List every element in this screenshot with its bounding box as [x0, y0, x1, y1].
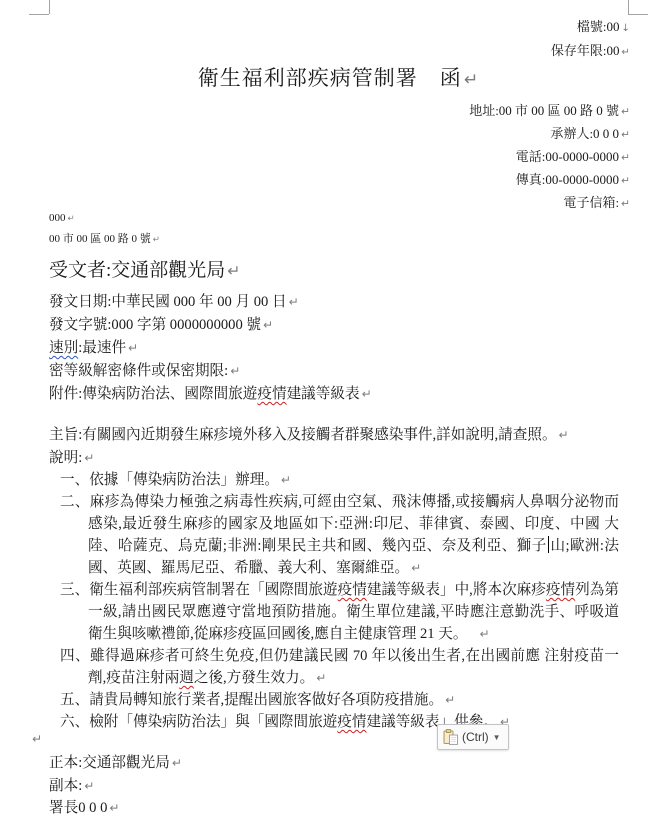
letter-title: 衛生福利部疾病管制署 函↵: [49, 62, 628, 92]
list-item-6: 六、檢附「傳染病防治法」與「國際間旅遊疫情建議等級表」供參。↵: [49, 711, 619, 733]
list-item-5: 五、請貴局轉知旅行業者,提醒出國旅客做好各項防疫措施。↵: [49, 689, 619, 711]
copy-original-line: 正本:交通部觀光局↵: [49, 752, 182, 775]
contact-email: 電子信箱:↵: [469, 192, 630, 215]
paragraph-mark: ↵: [263, 318, 273, 332]
contact-person: 承辦人:0 0 0↵: [469, 123, 630, 146]
security-level-line: 密等級解密條件或保密期限:↵: [49, 360, 372, 383]
contact-fax: 傳真:00-0000-0000↵: [469, 169, 630, 192]
issue-date-line: 發文日期:中華民國 000 年 00 月 00 日↵: [49, 291, 372, 314]
paragraph-mark: ↵: [621, 105, 630, 118]
retention-line: 保存年限:00↵: [551, 40, 630, 64]
spellcheck-blue-squiggle: 速別: [49, 340, 78, 356]
document-canvas[interactable]: 檔號:00↓ 保存年限:00↵ 衛生福利部疾病管制署 函↵ 地址:00 市 00…: [0, 0, 648, 817]
crop-mark-top-right-horizontal: [628, 14, 648, 15]
subject-line: 主旨:有關國內近期發生麻疹境外移入及接觸者群聚感染事件,詳如說明,請查照。↵: [49, 424, 621, 447]
paragraph-mark: ↵: [227, 262, 240, 280]
contact-phone: 電話:00-0000-0000↵: [469, 146, 630, 169]
crop-mark-top-left-horizontal: [29, 14, 49, 15]
crop-mark-top-left-vertical: [49, 0, 50, 14]
sender-address-block: 000↵ 00 市 00 區 00 路 0 號↵: [49, 208, 160, 250]
clipboard-paste-icon: [443, 729, 458, 745]
paragraph-mark: ↵: [621, 151, 630, 164]
list-item-4: 四、雖得過麻疹者可終生免疫,但仍建議民國 70 年以後出生者,在出國前應 注射疫…: [49, 645, 619, 689]
signature-line: 署長0 0 0↵: [49, 797, 182, 817]
chevron-down-icon[interactable]: ▼: [493, 732, 501, 742]
paragraph-mark: ↵: [316, 671, 326, 685]
explanation-items: 一、依據「傳染病防治法」辦理。↵ 二、麻疹為傳染力極強之病毒性疾病,可經由空氣、…: [49, 469, 619, 733]
paragraph-mark: ↵: [621, 128, 630, 141]
paragraph-mark: ↵: [230, 364, 240, 378]
paragraph-mark: ↵: [68, 214, 75, 224]
paragraph-mark: ↵: [153, 235, 160, 245]
paragraph-mark: ↵: [622, 47, 630, 58]
spellcheck-red-squiggle: 疫情: [257, 386, 286, 402]
paragraph-mark: ↵: [559, 428, 569, 442]
paragraph-mark: ↵: [479, 627, 489, 641]
sender-address-line: 00 市 00 區 00 路 0 號↵: [49, 229, 160, 250]
speed-level-line: 速別:最速件↵: [49, 337, 372, 360]
contact-address: 地址:00 市 00 區 00 路 0 號↵: [469, 100, 630, 123]
text-cursor: [548, 536, 550, 553]
letter-meta-block: 發文日期:中華民國 000 年 00 月 00 日↵ 發文字號:000 字第 0…: [49, 291, 372, 406]
paragraph-mark: ↵: [281, 473, 291, 487]
header-file-info: 檔號:00↓ 保存年限:00↵: [551, 16, 630, 64]
empty-paragraph-mark: ↵: [30, 731, 42, 748]
list-item-3: 三、衛生福利部疾病管制署在「國際間旅遊疫情建議等級表」中,將本次麻疹疫情列為第一…: [49, 579, 619, 645]
paste-options-button[interactable]: (Ctrl) ▼: [437, 724, 509, 750]
spellcheck-red-squiggle: 週: [179, 670, 194, 686]
explanation-heading: 說明:↵: [49, 447, 621, 470]
subject-block: 主旨:有關國內近期發生麻疹境外移入及接觸者群聚感染事件,詳如說明,請查照。↵ 說…: [49, 424, 621, 470]
paragraph-mark: ↵: [84, 779, 94, 793]
paragraph-mark: ↵: [621, 197, 630, 210]
crop-mark-top-right-vertical: [628, 0, 629, 14]
paragraph-mark: ↵: [32, 732, 42, 746]
paragraph-mark: ↵: [289, 295, 299, 309]
paragraph-mark: ↵: [621, 174, 630, 187]
paragraph-mark: ↵: [84, 451, 94, 465]
copy-cc-line: 副本:↵: [49, 775, 182, 798]
paragraph-mark: ↵: [362, 387, 372, 401]
line-break-mark: ↓: [622, 23, 630, 34]
spellcheck-red-squiggle: 疫情: [337, 714, 366, 730]
paragraph-mark: ↵: [464, 70, 479, 90]
paste-button-label: (Ctrl): [462, 730, 489, 744]
attachment-line: 附件:傳染病防治法、國際間旅遊疫情建議等級表↵: [49, 383, 372, 406]
paragraph-mark: ↵: [411, 561, 421, 575]
paragraph-mark: ↵: [445, 693, 455, 707]
recipient-line: 受文者:交通部觀光局↵: [49, 255, 240, 282]
spellcheck-red-squiggle: 疫情: [338, 582, 367, 598]
paragraph-mark: ↵: [109, 801, 119, 815]
file-number-line: 檔號:00↓: [551, 16, 630, 40]
list-item-2: 二、麻疹為傳染力極強之病毒性疾病,可經由空氣、飛沫傳播,或接觸病人鼻咽分泌物而感…: [49, 491, 619, 579]
spellcheck-red-squiggle: 疫情: [546, 582, 575, 598]
paragraph-mark: ↵: [172, 756, 182, 770]
paragraph-mark: ↵: [128, 341, 138, 355]
sender-id-line: 000↵: [49, 208, 160, 229]
letter-footer-block: 正本:交通部觀光局↵ 副本:↵ 署長0 0 0↵: [49, 752, 182, 817]
agency-contact-block: 地址:00 市 00 區 00 路 0 號↵ 承辦人:0 0 0↵ 電話:00-…: [469, 100, 630, 215]
list-item-1: 一、依據「傳染病防治法」辦理。↵: [49, 469, 619, 491]
doc-number-line: 發文字號:000 字第 0000000000 號↵: [49, 314, 372, 337]
